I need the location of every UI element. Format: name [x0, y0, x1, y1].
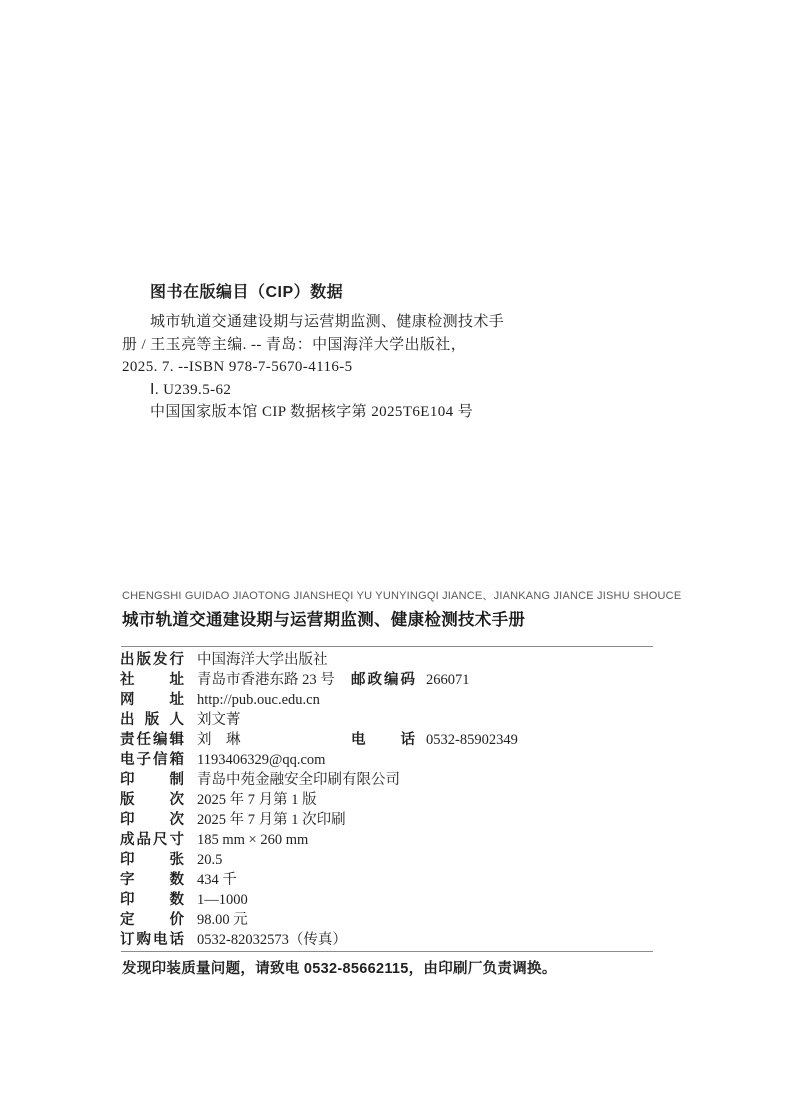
row-value: 刘 琳: [197, 731, 241, 750]
row-label: 网址: [120, 691, 184, 710]
row-label: 社址: [120, 671, 184, 690]
colophon-row-order-phone: 订购电话 0532-82032573（传真）: [120, 931, 653, 951]
row-value: 2025 年 7 月第 1 次印刷: [197, 811, 346, 830]
colophon-row-sheets: 印张 20.5: [120, 851, 653, 871]
row-label: 出版发行: [120, 651, 184, 670]
copyright-page: 图书在版编目（CIP）数据 城市轨道交通建设期与运营期监测、健康检测技术手 册 …: [0, 0, 799, 1114]
row-label: 电子信箱: [120, 751, 184, 770]
row-value: 2025 年 7 月第 1 版: [197, 791, 317, 810]
colophon-row-address: 社址 青岛市香港东路 23 号 邮政编码 266071: [120, 671, 653, 691]
row-value: 中国海洋大学出版社: [197, 651, 328, 670]
row-value: 刘文菁: [197, 711, 241, 730]
row-label: 定价: [120, 911, 184, 930]
cip-line-classification: Ⅰ. U239.5-62: [122, 379, 562, 402]
row-value-phone: 0532-85902349: [426, 731, 518, 750]
row-label: 印数: [120, 891, 184, 910]
cip-line-isbn: 2025. 7. --ISBN 978-7-5670-4116-5: [122, 356, 562, 379]
row-label: 出版人: [120, 711, 184, 730]
cip-line-author: 册 / 王玉亮等主编. -- 青岛：中国海洋大学出版社，: [122, 334, 562, 357]
row-value-postcode: 266071: [426, 671, 470, 690]
cip-block: 图书在版编目（CIP）数据 城市轨道交通建设期与运营期监测、健康检测技术手 册 …: [122, 281, 562, 424]
colophon-row-email: 电子信箱 1193406329@qq.com: [120, 751, 653, 771]
cip-line-record-number: 中国国家版本馆 CIP 数据核字第 2025T6E104 号: [122, 401, 562, 424]
colophon-row-word-count: 字数 434 千: [120, 871, 653, 891]
row-value: 1—1000: [197, 891, 248, 910]
row-value: 20.5: [197, 851, 222, 870]
colophon-row-edition: 版次 2025 年 7 月第 1 版: [120, 791, 653, 811]
row-value-email: 1193406329@qq.com: [197, 751, 325, 770]
row-value: 434 千: [197, 871, 237, 890]
colophon-row-price: 定价 98.00 元: [120, 911, 653, 931]
row-label: 字数: [120, 871, 184, 890]
row-value: 98.00 元: [197, 911, 248, 930]
row-value: 青岛中苑金融安全印刷有限公司: [197, 771, 400, 790]
colophon-row-website: 网址 http://pub.ouc.edu.cn: [120, 691, 653, 711]
row-label: 印制: [120, 771, 184, 790]
row-label: 成品尺寸: [120, 831, 184, 850]
divider-top: [121, 646, 653, 647]
row-label: 版次: [120, 791, 184, 810]
row-value: 青岛市香港东路 23 号: [197, 671, 335, 690]
row-label-postcode: 邮政编码: [351, 671, 415, 690]
colophon-row-printer: 印制 青岛中苑金融安全印刷有限公司: [120, 771, 653, 791]
row-label: 印次: [120, 811, 184, 830]
colophon-row-print-run: 印数 1—1000: [120, 891, 653, 911]
row-label: 责任编辑: [120, 731, 184, 750]
cip-heading: 图书在版编目（CIP）数据: [150, 281, 562, 305]
colophon-row-editor: 责任编辑 刘 琳 电话 0532-85902349: [120, 731, 653, 751]
title-block: CHENGSHI GUIDAO JIAOTONG JIANSHEQI YU YU…: [122, 590, 653, 631]
row-label: 订购电话: [120, 931, 184, 950]
row-label: 印张: [120, 851, 184, 870]
title-pinyin: CHENGSHI GUIDAO JIAOTONG JIANSHEQI YU YU…: [122, 590, 653, 603]
cip-line-title: 城市轨道交通建设期与运营期监测、健康检测技术手: [122, 311, 562, 334]
row-label-phone: 电话: [351, 731, 415, 750]
row-value-url: http://pub.ouc.edu.cn: [197, 691, 320, 710]
colophon-row-trim-size: 成品尺寸 185 mm × 260 mm: [120, 831, 653, 851]
colophon-row-publisher: 出版发行 中国海洋大学出版社: [120, 651, 653, 671]
row-value: 185 mm × 260 mm: [197, 831, 308, 850]
quality-note: 发现印装质量问题，请致电 0532-85662115，由印刷厂负责调换。: [122, 960, 557, 979]
colophon: 出版发行 中国海洋大学出版社 社址 青岛市香港东路 23 号 邮政编码 2660…: [120, 651, 653, 951]
book-title: 城市轨道交通建设期与运营期监测、健康检测技术手册: [122, 610, 653, 631]
colophon-row-impression: 印次 2025 年 7 月第 1 次印刷: [120, 811, 653, 831]
divider-bottom: [121, 951, 653, 952]
row-value: 0532-82032573（传真）: [197, 931, 347, 950]
colophon-row-publisher-person: 出版人 刘文菁: [120, 711, 653, 731]
